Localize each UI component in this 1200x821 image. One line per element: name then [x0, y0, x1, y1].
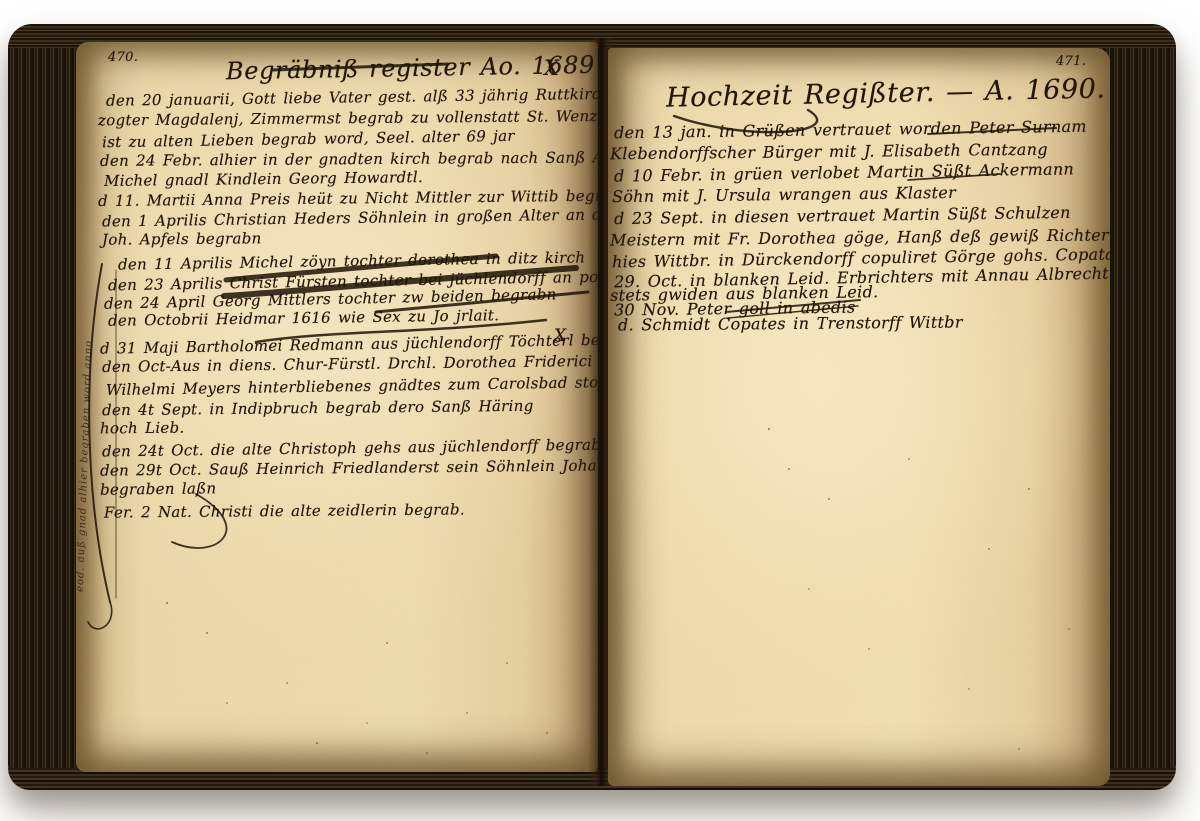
burial-entry-line: zogter Magdalenj, Zimmermst begrab zu vo…	[98, 107, 598, 130]
entry-x-mark: X	[554, 326, 566, 346]
paper-speckles	[166, 602, 168, 604]
burial-entry-line: den 4t Sept. in Indipbruch begrab dero S…	[102, 397, 534, 420]
left-page-burial-register: 470. Begräbniß register Ao. 1689 X den 2…	[76, 42, 598, 772]
marriage-entry-line: den 13 jan. in Grüßen vertrauet worden P…	[614, 117, 1087, 143]
marriage-entry-line: d 10 Febr. in grüen verlobet Martin Süßt…	[614, 159, 1074, 185]
burial-entry-line: Fer. 2 Nat. Christi die alte zeidlerin b…	[104, 500, 465, 521]
burial-entry-line: Michel gnadl Kindlein Georg Howardtl.	[104, 168, 423, 190]
burial-entry-line: den 29t Oct. Sauß Heinrich Friedlanderst…	[100, 456, 598, 479]
left-page-number: 470.	[108, 50, 138, 65]
left-page-heading: Begräbniß register Ao. 1689	[226, 51, 595, 85]
paper-speckles	[768, 428, 770, 430]
burial-entry-line: den 24 Febr. alhier in der gnadten kirch…	[100, 148, 598, 170]
marriage-entry-line: Klebendorffscher Bürger mit J. Elisabeth…	[610, 140, 1048, 164]
burial-entry-line: den 20 januarii, Gott liebe Vater gest. …	[106, 84, 598, 110]
left-heading-x-mark: X	[544, 56, 559, 80]
marriage-entry-line: d. Schmidt Copates in Trenstorff Wittbr	[618, 312, 963, 334]
register-book: 470. Begräbniß register Ao. 1689 X den 2…	[8, 24, 1176, 790]
marriage-entry-line: Söhn mit J. Ursula wrangen aus Klaster	[612, 183, 956, 206]
photo-background: 470. Begräbniß register Ao. 1689 X den 2…	[0, 0, 1200, 821]
burial-entry-line: begraben laßn	[100, 479, 217, 498]
burial-entry-line: den 1 Aprilis Christian Heders Söhnlein …	[102, 206, 598, 231]
margin-note: eod. auß gnad alhier begraben word anno	[76, 292, 96, 592]
right-page-marriage-register: 471. Hochzeit Regißter. — A. 1690. den 1…	[608, 48, 1110, 786]
right-page-heading: Hochzeit Regißter. — A. 1690.	[666, 73, 1106, 113]
burial-entry-line: Joh. Apfels begrabn	[102, 229, 262, 248]
burial-entry-line: Wilhelmi Meyers hinterbliebenes gnädtes …	[106, 373, 598, 399]
burial-entry-line: ist zu alten Lieben begrab word, Seel. a…	[102, 127, 515, 151]
marriage-entry-line: d 23 Sept. in diesen vertrauet Martin Sü…	[614, 203, 1071, 228]
right-page-number: 471.	[1056, 54, 1086, 69]
burial-entry-line: hoch Lieb.	[100, 419, 185, 438]
